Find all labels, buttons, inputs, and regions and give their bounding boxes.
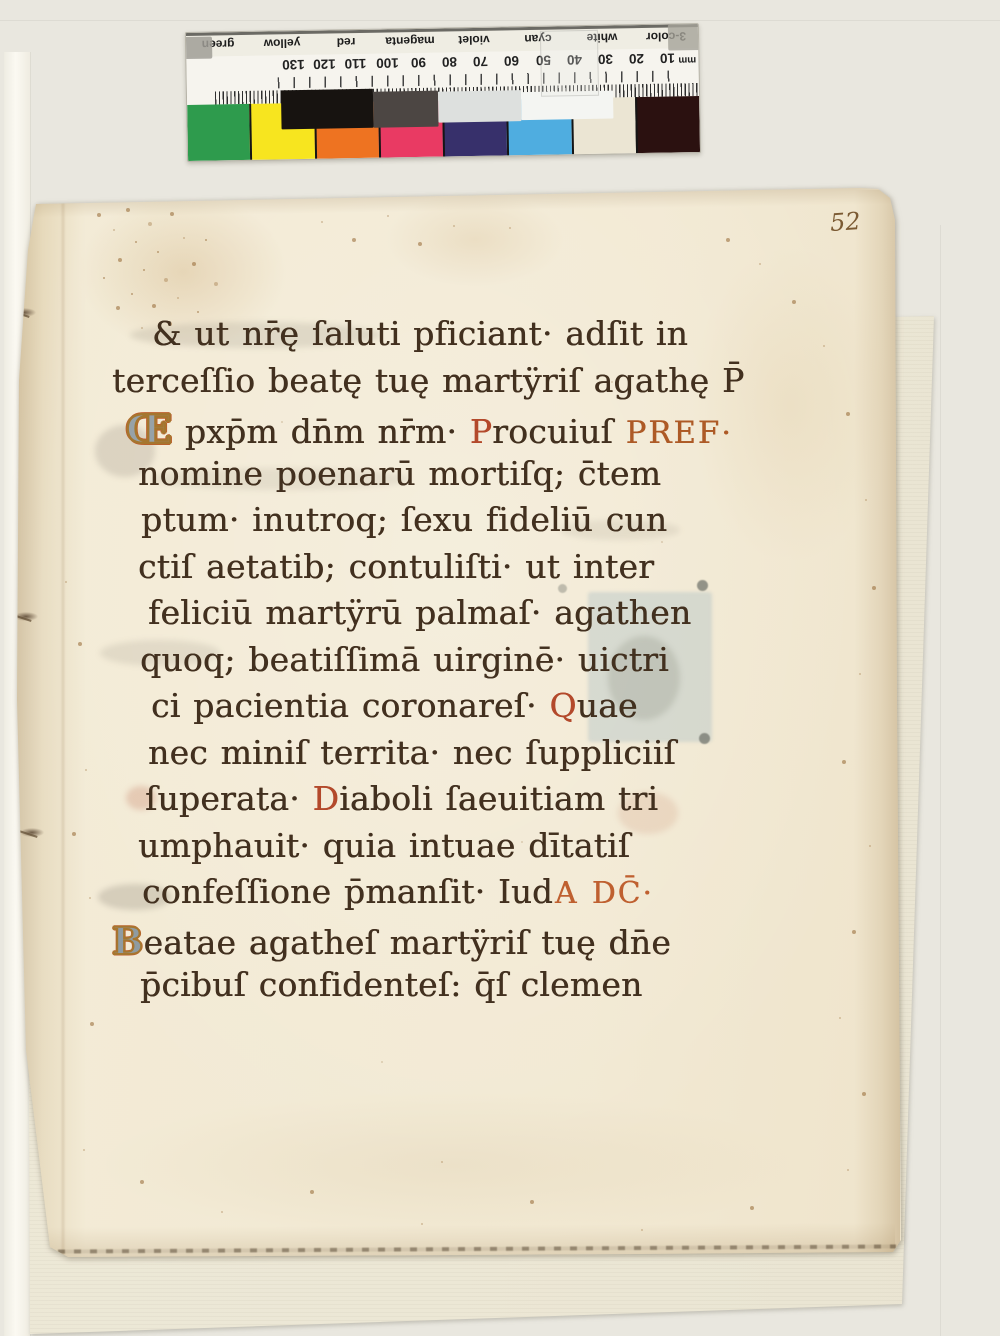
text-segment: uae — [577, 686, 638, 725]
sewing-thread — [12, 308, 36, 317]
text-segment: feliciū martÿrū palmaſ· agathen — [148, 593, 691, 632]
foxing-wash — [95, 1090, 805, 1240]
rubricated-initial: Q — [549, 686, 576, 725]
text-segment: confeſſione p̄manſit· — [142, 872, 498, 911]
manuscript-line-6: ctiſ aetatib; contuliſti· ut inter — [112, 547, 752, 594]
rubric-text: A DC̄· — [555, 876, 654, 911]
manuscript-line-14: Beatae agatheſ martÿriſ tuę dn̄e — [112, 919, 752, 966]
manuscript-line-13: confeſſione p̄manſit· IudA DC̄· — [112, 872, 752, 919]
text-segment: pxp̄m dn̄m nr̄m· — [172, 412, 470, 451]
capital-text: Iud — [498, 873, 553, 911]
text-segment: terceſſio beatę tuę martÿriſ agathę P̄ — [112, 361, 744, 400]
text-segment: p̄cibuſ confidenteſ: q̄ſ clemen — [140, 965, 642, 1004]
text-segment: quoq; beatiſſimā uirginē· uictri — [140, 640, 669, 679]
text-segment: rocuiuſ — [492, 412, 626, 451]
foxing-speckles — [0, 0, 2, 2]
leaf-binding-edge — [14, 200, 86, 1258]
rubric-text: PREF· — [626, 416, 733, 451]
manuscript-line-9: ci pacientia coronareſ· Quae — [112, 686, 752, 733]
sewing-thread — [20, 828, 44, 837]
text-segment: & ut nr̄ę ſaluti pficiant· adſit in — [152, 314, 688, 353]
folio-number: 52 — [829, 207, 861, 237]
sewing-thread — [14, 612, 38, 621]
manuscript-line-11: ſuperata· Diaboli ſaeuitiam tri — [112, 779, 752, 826]
manuscript-text-block: & ut nr̄ę ſaluti pficiant· adſit interce… — [112, 314, 752, 1012]
vd-monogram: Œ — [126, 407, 172, 453]
foxing-wash — [385, 192, 565, 287]
manuscript-line-2: terceſſio beatę tuę martÿriſ agathę P̄ — [112, 361, 752, 408]
photo-stage: greenyellowredmagentavioletcyanwhite3-co… — [0, 0, 1000, 1336]
text-segment: ctiſ aetatib; contuliſti· ut inter — [138, 547, 654, 586]
manuscript-line-1: & ut nr̄ę ſaluti pficiant· adſit in — [112, 314, 752, 361]
manuscript-line-7: feliciū martÿrū palmaſ· agathen — [112, 593, 752, 640]
manuscript-line-5: ptum· inutroq; ſexu fideliū cun — [112, 500, 752, 547]
manuscript-line-4: nomine poenarū mortiſq; c̄tem — [112, 454, 752, 501]
decorated-initial: B — [112, 919, 143, 963]
manuscript-line-10: nec miniſ territa· nec ſuppliciiſ — [112, 733, 752, 780]
manuscript-line-12: umphauit· quia intuae dītatiſ — [112, 826, 752, 873]
text-segment: nomine poenarū mortiſq; c̄tem — [138, 454, 661, 493]
manuscript-line-15: p̄cibuſ confidenteſ: q̄ſ clemen — [112, 965, 752, 1012]
leaf-fold-crease — [62, 202, 64, 1256]
text-segment: ptum· inutroq; ſexu fideliū cun — [141, 500, 667, 539]
rubricated-initial: D — [313, 779, 340, 818]
manuscript-line-3: Œ pxp̄m dn̄m nr̄m· Procuiuſ PREF· — [112, 407, 752, 454]
text-segment: eatae agatheſ martÿriſ tuę dn̄e — [143, 923, 671, 962]
text-segment: umphauit· quia intuae dītatiſ — [138, 826, 630, 865]
text-segment: ſuperata· — [145, 779, 313, 818]
manuscript-line-8: quoq; beatiſſimā uirginē· uictri — [112, 640, 752, 687]
text-segment: nec miniſ territa· nec ſuppliciiſ — [148, 733, 676, 772]
parchment-leaf: 52 & ut nr̄ę ſaluti pficiant· adſit inte… — [0, 0, 1000, 1336]
text-segment: iaboli ſaeuitiam tri — [339, 779, 658, 818]
text-segment: ci pacientia coronareſ· — [151, 686, 549, 725]
manuscript-leaf-wrap: 52 & ut nr̄ę ſaluti pficiant· adſit inte… — [0, 0, 1000, 1336]
rubricated-initial: P — [470, 412, 492, 451]
